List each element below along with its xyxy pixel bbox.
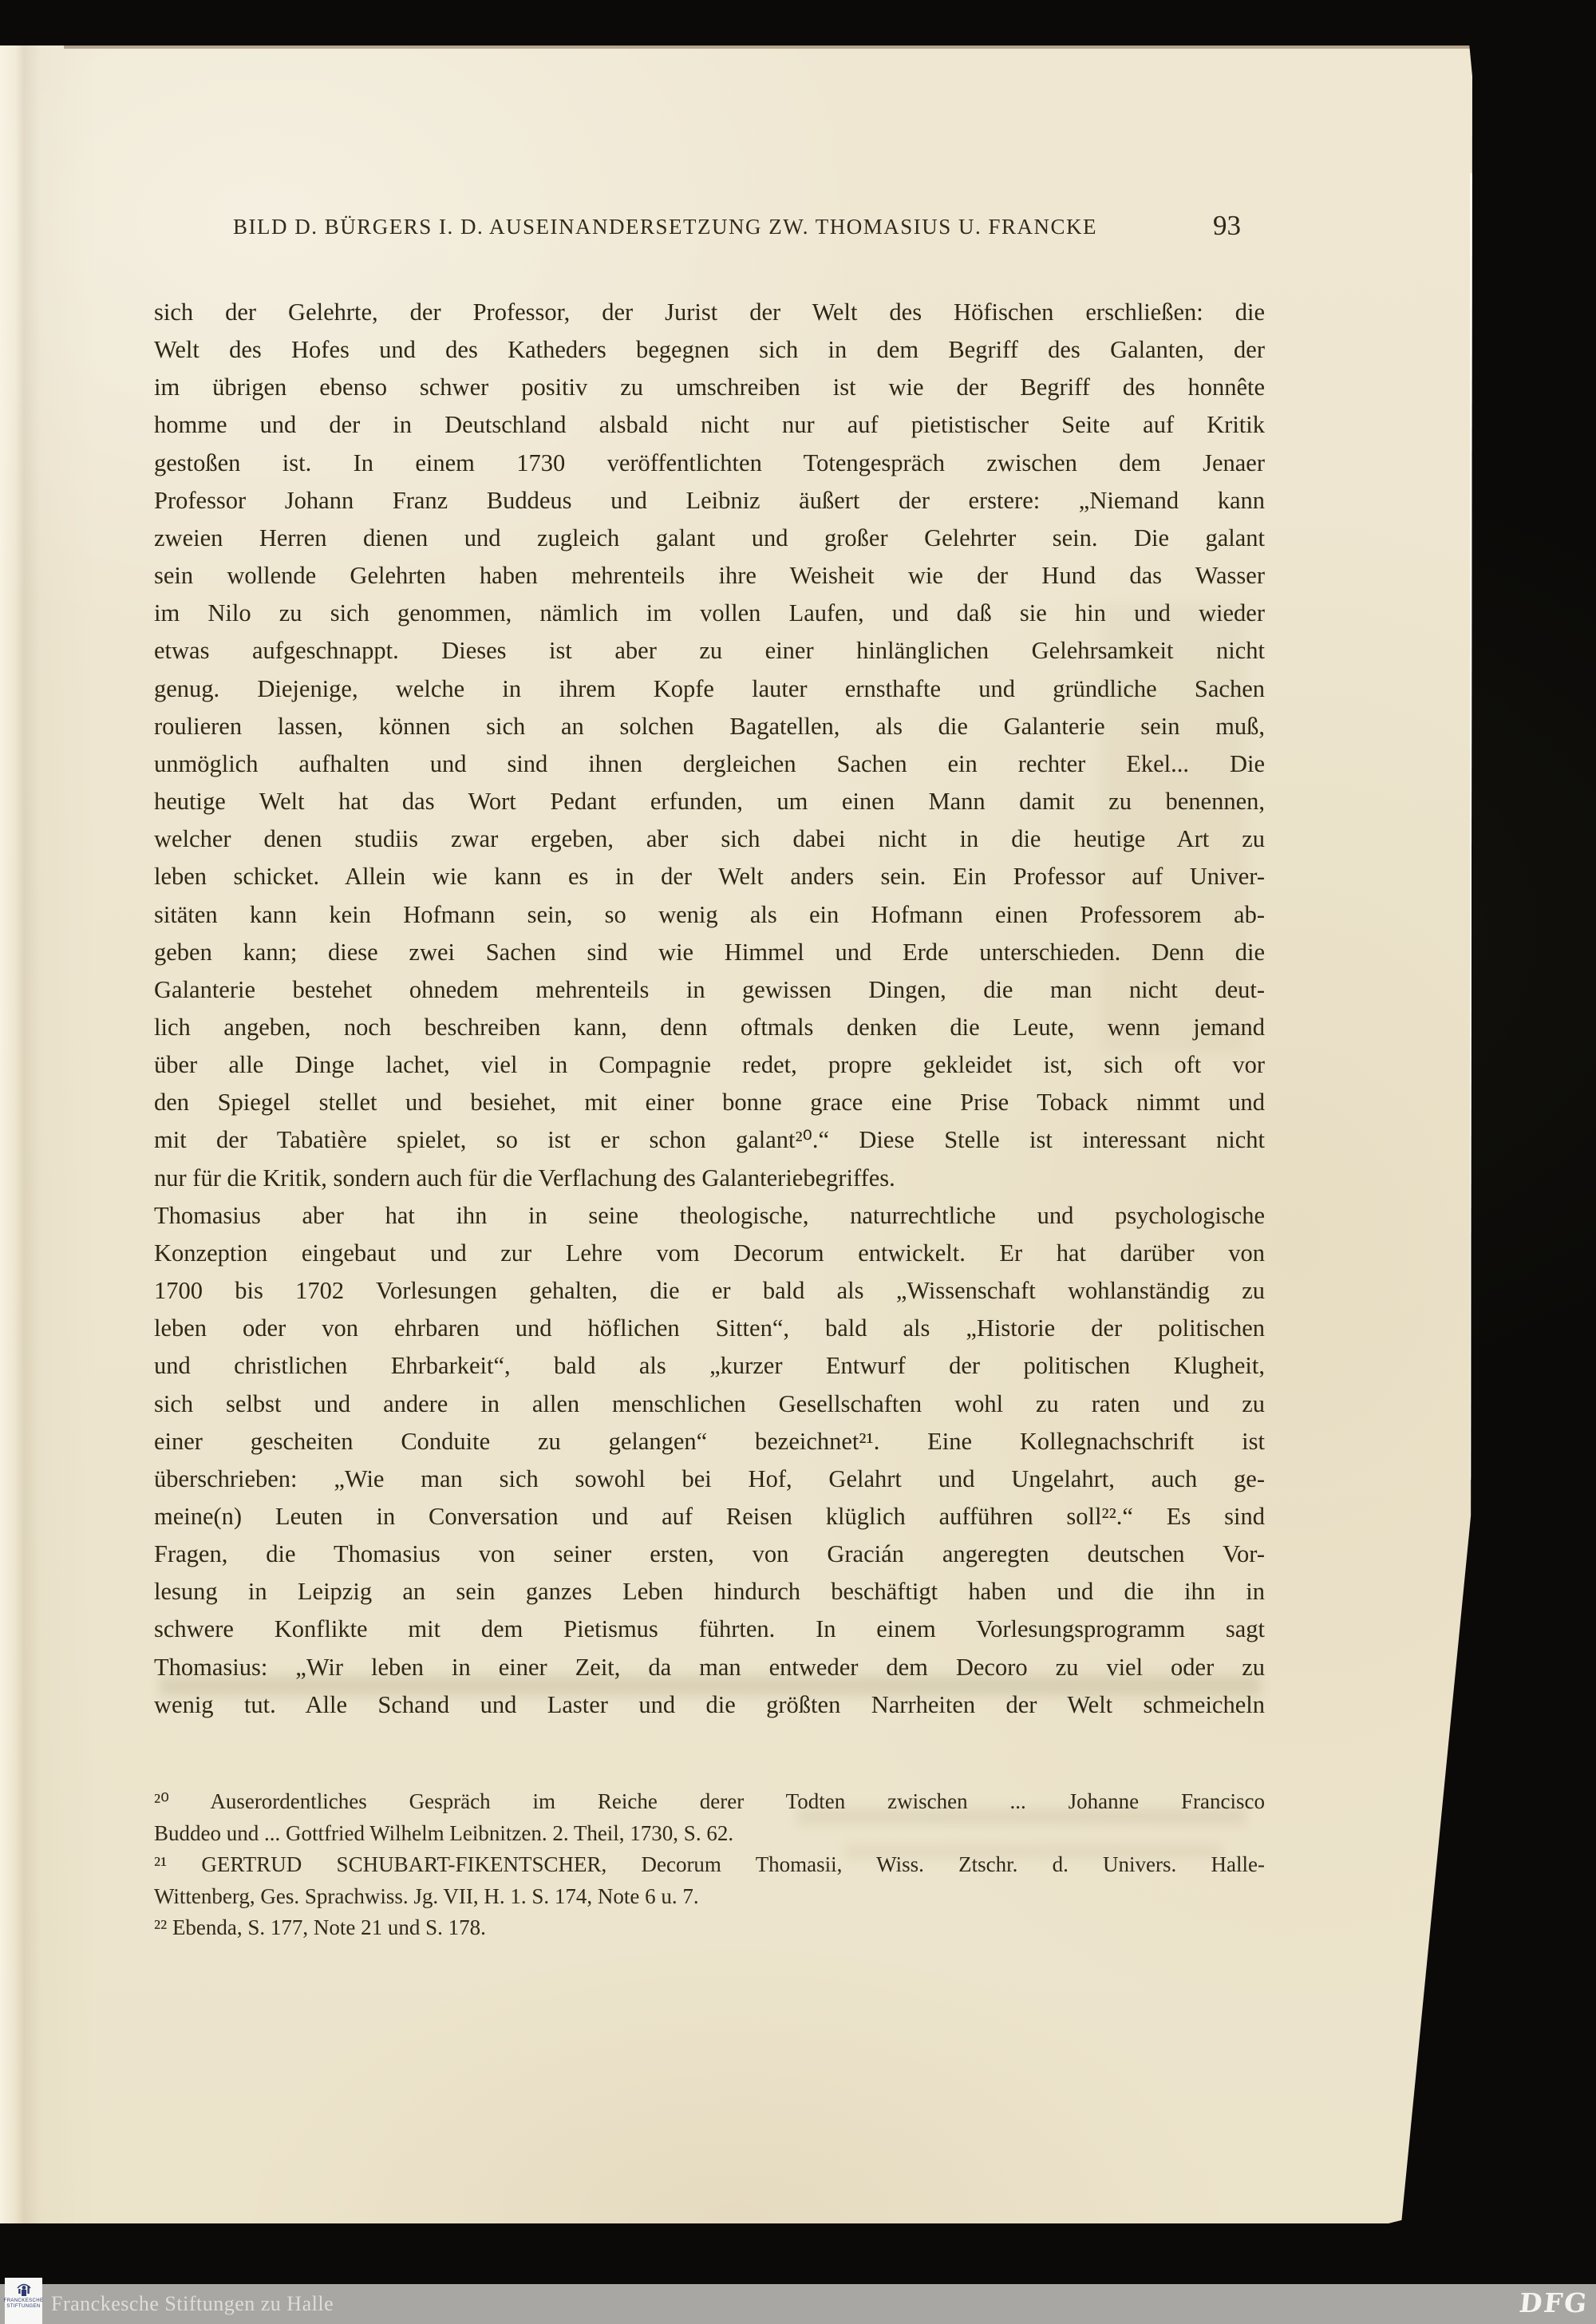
body-text-line: überschrieben: „Wie man sich sowohl bei … — [154, 1460, 1265, 1498]
franckesche-emblem-icon — [16, 2281, 32, 2298]
running-head-title: BILD D. BÜRGERS I. D. AUSEINANDERSETZUNG… — [233, 215, 1097, 239]
book-page: BILD D. BÜRGERS I. D. AUSEINANDERSETZUNG… — [0, 45, 1472, 2223]
body-text-line: Thomasius aber hat ihn in seine theologi… — [154, 1197, 1265, 1235]
body-text-line: heutige Welt hat das Wort Pedant erfunde… — [154, 783, 1265, 820]
body-text-line: sich der Gelehrte, der Professor, der Ju… — [154, 294, 1265, 331]
page-edge-highlight — [1470, 173, 1472, 1480]
footnote-line: ²⁰ Auserordentliches Gespräch im Reiche … — [154, 1786, 1265, 1818]
body-text-line: sich selbst und andere in allen menschli… — [154, 1385, 1265, 1423]
body-text: sich der Gelehrte, der Professor, der Ju… — [154, 294, 1265, 1724]
body-text-line: den Spiegel stellet und besiehet, mit ei… — [154, 1084, 1265, 1121]
running-head: BILD D. BÜRGERS I. D. AUSEINANDERSETZUNG… — [0, 215, 1472, 250]
body-text-line: etwas aufgeschnappt. Dieses ist aber zu … — [154, 632, 1265, 670]
footnote-line: Wittenberg, Ges. Sprachwiss. Jg. VII, H.… — [154, 1881, 1265, 1913]
body-text-line: im übrigen ebenso schwer positiv zu umsc… — [154, 369, 1265, 406]
logo-text-line1: FRANCKESCHE — [4, 2298, 44, 2304]
franckesche-stiftungen-logo: FRANCKESCHE STIFTUNGEN — [5, 2278, 42, 2324]
body-text-line: unmöglich aufhalten und sind ihnen dergl… — [154, 745, 1265, 783]
body-text-line: schwere Konflikte mit dem Pietismus führ… — [154, 1611, 1265, 1648]
body-text-line: einer gescheiten Conduite zu gelangen“ b… — [154, 1423, 1265, 1460]
footer-bar: FRANCKESCHE STIFTUNGEN Franckesche Stift… — [0, 2284, 1596, 2324]
body-text-line: welcher denen studiis zwar ergeben, aber… — [154, 820, 1265, 858]
body-text-line: gestoßen ist. In einem 1730 veröffentlic… — [154, 445, 1265, 482]
body-text-line: mit der Tabatière spielet, so ist er sch… — [154, 1121, 1265, 1159]
body-text-line: geben kann; diese zwei Sachen sind wie H… — [154, 934, 1265, 971]
body-text-line: leben schicket. Allein wie kann es in de… — [154, 858, 1265, 895]
body-text-line: meine(n) Leuten in Conversation und auf … — [154, 1498, 1265, 1535]
body-text-line: über alle Dinge lachet, viel in Compagni… — [154, 1046, 1265, 1084]
body-text-line: nur für die Kritik, sondern auch für die… — [154, 1160, 1265, 1197]
footnotes: ²⁰ Auserordentliches Gespräch im Reiche … — [154, 1786, 1265, 1944]
body-text-line: leben oder von ehrbaren und höflichen Si… — [154, 1310, 1265, 1347]
body-text-line: Professor Johann Franz Buddeus und Leibn… — [154, 482, 1265, 520]
body-text-line: sein wollende Gelehrten haben mehrenteil… — [154, 557, 1265, 595]
footnote-line: ²² Ebenda, S. 177, Note 21 und S. 178. — [154, 1912, 1265, 1944]
body-text-line: wenig tut. Alle Schand und Laster und di… — [154, 1686, 1265, 1724]
body-text-line: Welt des Hofes und des Katheders begegne… — [154, 331, 1265, 369]
page-gutter-shadow — [0, 45, 96, 2223]
dfg-logo: DFG — [1518, 2287, 1590, 2318]
body-text-line: im Nilo zu sich genommen, nämlich im vol… — [154, 595, 1265, 632]
logo-text-line2: STIFTUNGEN — [6, 2304, 40, 2310]
page-number: 93 — [1213, 210, 1241, 242]
body-text-line: sitäten kann kein Hofmann sein, so wenig… — [154, 896, 1265, 934]
body-text-line: Galanterie bestehet ohnedem mehrenteils … — [154, 971, 1265, 1009]
body-text-line: 1700 bis 1702 Vorlesungen gehalten, die … — [154, 1272, 1265, 1310]
body-text-line: genug. Diejenige, welche in ihrem Kopfe … — [154, 670, 1265, 708]
institution-name: Franckesche Stiftungen zu Halle — [51, 2292, 334, 2316]
body-text-line: und christlichen Ehrbarkeit“, bald als „… — [154, 1347, 1265, 1385]
body-text-line: Konzeption eingebaut und zur Lehre vom D… — [154, 1235, 1265, 1272]
footnote-line: Buddeo und ... Gottfried Wilhelm Leibnit… — [154, 1818, 1265, 1850]
body-text-line: zweien Herren dienen und zugleich galant… — [154, 520, 1265, 557]
body-text-line: roulieren lassen, können sich an solchen… — [154, 708, 1265, 745]
body-text-line: Thomasius: „Wir leben in einer Zeit, da … — [154, 1649, 1265, 1686]
body-text-line: lesung in Leipzig an sein ganzes Leben h… — [154, 1573, 1265, 1611]
body-text-line: Fragen, die Thomasius von seiner ersten,… — [154, 1535, 1265, 1573]
body-text-line: homme und der in Deutschland alsbald nic… — [154, 406, 1265, 444]
body-text-line: lich angeben, noch beschreiben kann, den… — [154, 1009, 1265, 1046]
footnote-line: ²¹ GERTRUD SCHUBART-FIKENTSCHER, Decorum… — [154, 1849, 1265, 1881]
